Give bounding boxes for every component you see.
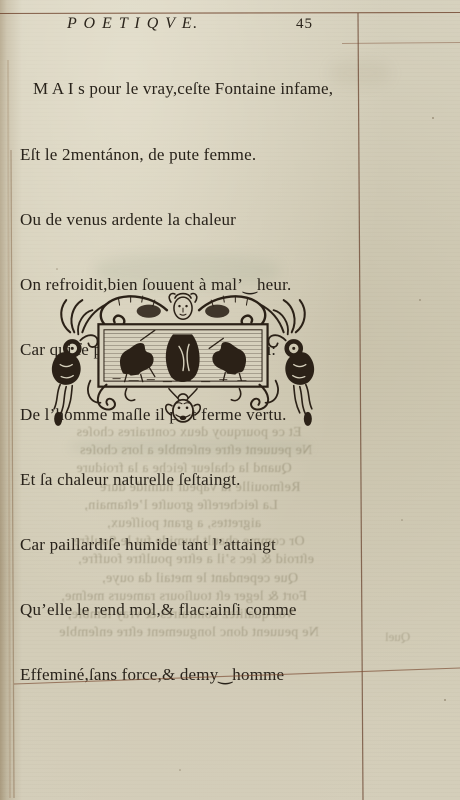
poem-line: Ou de venus ardente la chaleur: [20, 209, 364, 231]
poem-line: M A I s pour le vray,ceſte Fontaine infa…: [20, 78, 364, 100]
bleedthrough-line: Vos qualitez contraires & vray ſemble,: [18, 606, 360, 624]
page-number: 45: [296, 16, 313, 33]
bleedthrough-line: Ne peuuent eſtre enſemble a lors choſes: [18, 442, 360, 460]
book-page-scan: P O E T I Q V E. 45 M A I s pour le vray…: [0, 0, 460, 800]
page-header: P O E T I Q V E. 45: [0, 12, 460, 36]
bottom-mask: [166, 389, 201, 422]
bleedthrough-line: Quand la chaleur ſeiche a la froidure: [18, 460, 360, 478]
bleedthrough-text: Et ce pourquoy deux contraires choſes Ne…: [18, 424, 360, 642]
poem-line: Effeminé,ſans force,& demy‿homme: [20, 664, 364, 686]
bleedthrough-line: Ne peuuent donc longuement eſtre enſembl…: [18, 624, 360, 642]
bleedthrough-line: Or comme chault humide fut le Soulfre: [18, 533, 360, 551]
tailpiece-ornament: [42, 286, 324, 437]
running-title: P O E T I Q V E.: [67, 15, 199, 33]
bleedthrough-line: Que cependant le metail da ouye,: [18, 570, 360, 588]
bleedthrough-line: eſtroid & ſec s’il a eſtre poulſtre fouf…: [18, 551, 360, 569]
bleedthrough-line: La ſeichereſſe grouſte l’eſtamain,: [18, 497, 360, 515]
bleedthrough-line: Fort & leger eſt touſiours rameurs meſme…: [18, 588, 360, 606]
poem-line: Eſt le 2mentánon, de pute femme.: [20, 144, 364, 166]
bleedthrough-line: aigrettes, a grant poiſſeux,: [18, 515, 360, 533]
bleedthrough-catchword: Quel: [385, 629, 410, 645]
bleedthrough-line: Reſmouille la vapeur humide dure: [18, 479, 360, 497]
bleedthrough-line: Et ce pourquoy deux contraires choſes: [18, 424, 360, 442]
